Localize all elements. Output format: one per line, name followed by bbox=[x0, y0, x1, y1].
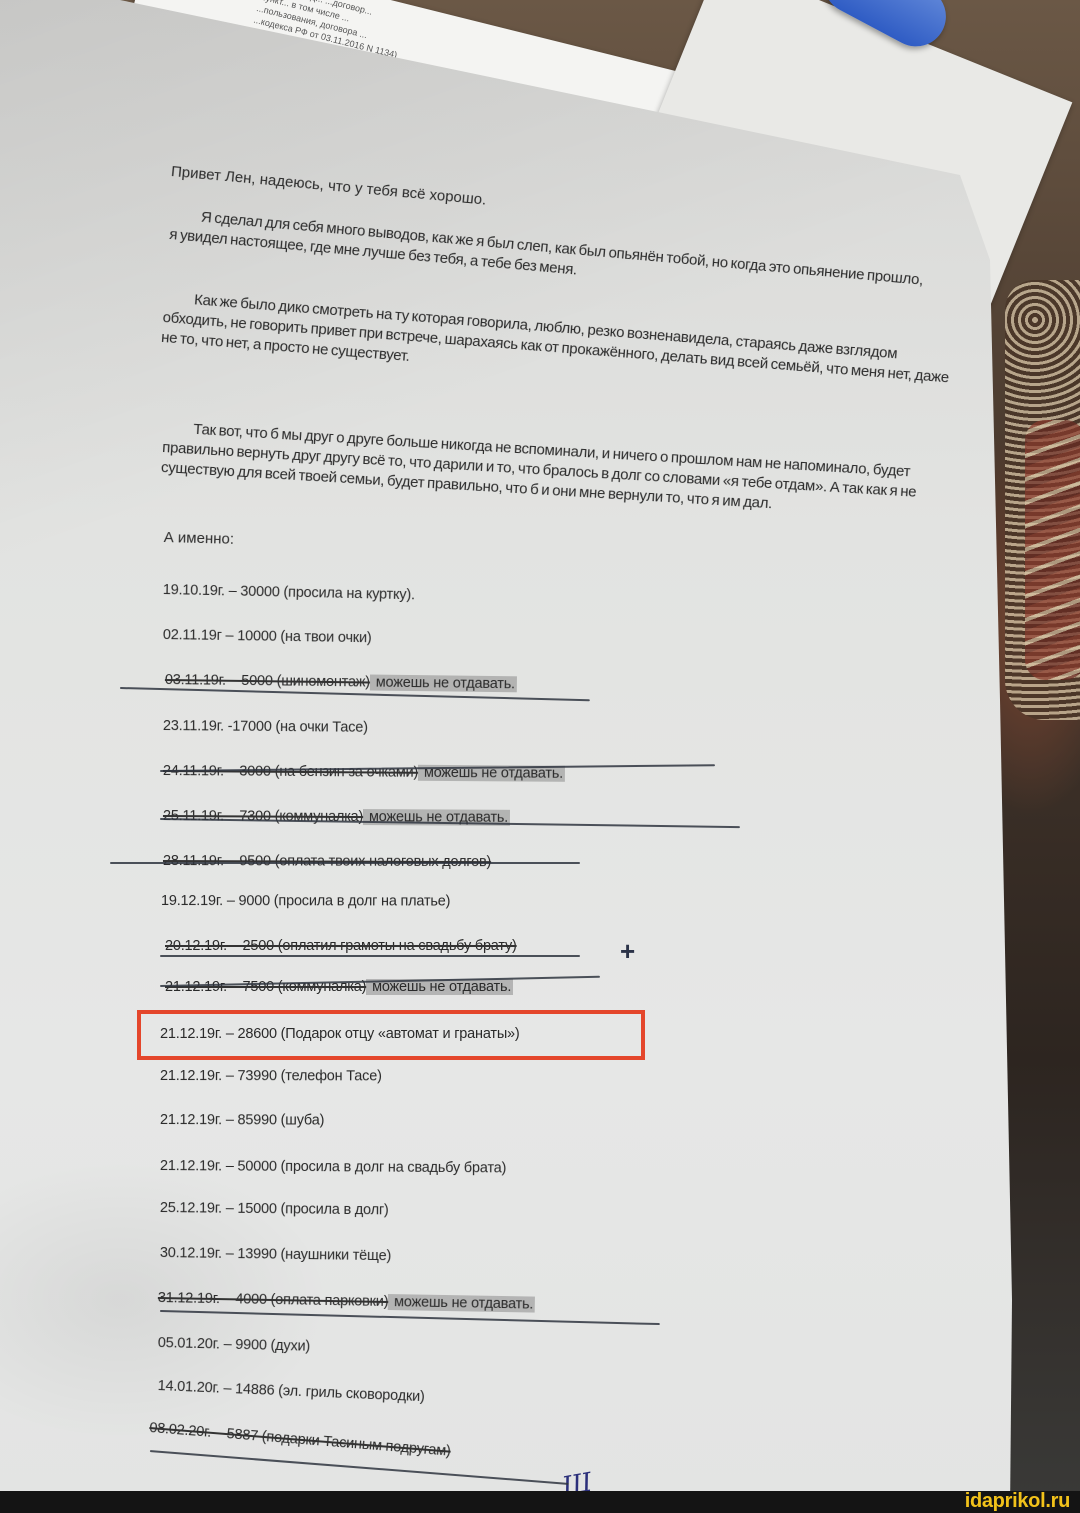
letter-sheet bbox=[0, 0, 1080, 1513]
footer-bar bbox=[0, 1491, 1080, 1513]
list-item: 25.12.19г. – 15000 (просила в долг) bbox=[160, 1200, 389, 1218]
entry-note-highlight: можешь не отдавать. bbox=[388, 1294, 535, 1313]
list-item: 19.12.19г. – 9000 (просила в долг на пла… bbox=[161, 893, 450, 910]
entry-text: 21.12.19г. – 85990 (шуба) bbox=[160, 1112, 324, 1129]
pen-strike-line bbox=[160, 955, 580, 957]
entry-text: 24.11.19г. – 3000 (на бензин за очками) bbox=[163, 763, 418, 781]
handwritten-plus: + bbox=[620, 936, 635, 967]
list-intro: А именно: bbox=[163, 528, 234, 550]
pen-strike-line bbox=[110, 862, 580, 864]
entry-text: 23.11.19г. -17000 (на очки Тасе) bbox=[163, 718, 368, 736]
entry-text: 02.11.19г – 10000 (на твои очки) bbox=[163, 627, 372, 646]
entry-note-highlight: можешь не отдавать. bbox=[370, 675, 517, 693]
entry-text: 19.12.19г. – 9000 (просила в долг на пла… bbox=[161, 893, 450, 910]
site-watermark: idaprikol.ru bbox=[965, 1490, 1070, 1513]
entry-text: 21.12.19г. – 28600 (Подарок отцу «автома… bbox=[160, 1026, 520, 1042]
entry-text: 20.12.19г. – 2500 (оплатил грамоты на св… bbox=[165, 938, 517, 954]
entry-text: 25.11.19г. – 7300 (коммуналка) bbox=[163, 808, 363, 825]
entry-text: 21.12.19г. – 50000 (просила в долг на св… bbox=[160, 1158, 506, 1176]
list-item: 21.12.19г. – 73990 (телефон Тасе) bbox=[160, 1068, 382, 1084]
list-item: 02.11.19г – 10000 (на твои очки) bbox=[163, 627, 372, 646]
list-item: 21.12.19г. – 85990 (шуба) bbox=[160, 1112, 324, 1129]
entry-text: 03.11.19г. – 5000 (шиномонтаж) bbox=[165, 672, 370, 691]
list-item: 20.12.19г. – 2500 (оплатил грамоты на св… bbox=[165, 938, 517, 954]
list-item: 21.12.19г. – 50000 (просила в долг на св… bbox=[160, 1158, 506, 1176]
entry-text: 25.12.19г. – 15000 (просила в долг) bbox=[160, 1200, 389, 1218]
list-item: 21.12.19г. – 28600 (Подарок отцу «автома… bbox=[160, 1026, 520, 1042]
list-item: 30.12.19г. – 13990 (наушники тёще) bbox=[160, 1245, 391, 1264]
list-item: 23.11.19г. -17000 (на очки Тасе) bbox=[163, 718, 368, 736]
entry-text: 30.12.19г. – 13990 (наушники тёще) bbox=[160, 1245, 391, 1264]
rug-stripe bbox=[1025, 420, 1080, 680]
entry-text: 21.12.19г. – 73990 (телефон Тасе) bbox=[160, 1068, 382, 1084]
